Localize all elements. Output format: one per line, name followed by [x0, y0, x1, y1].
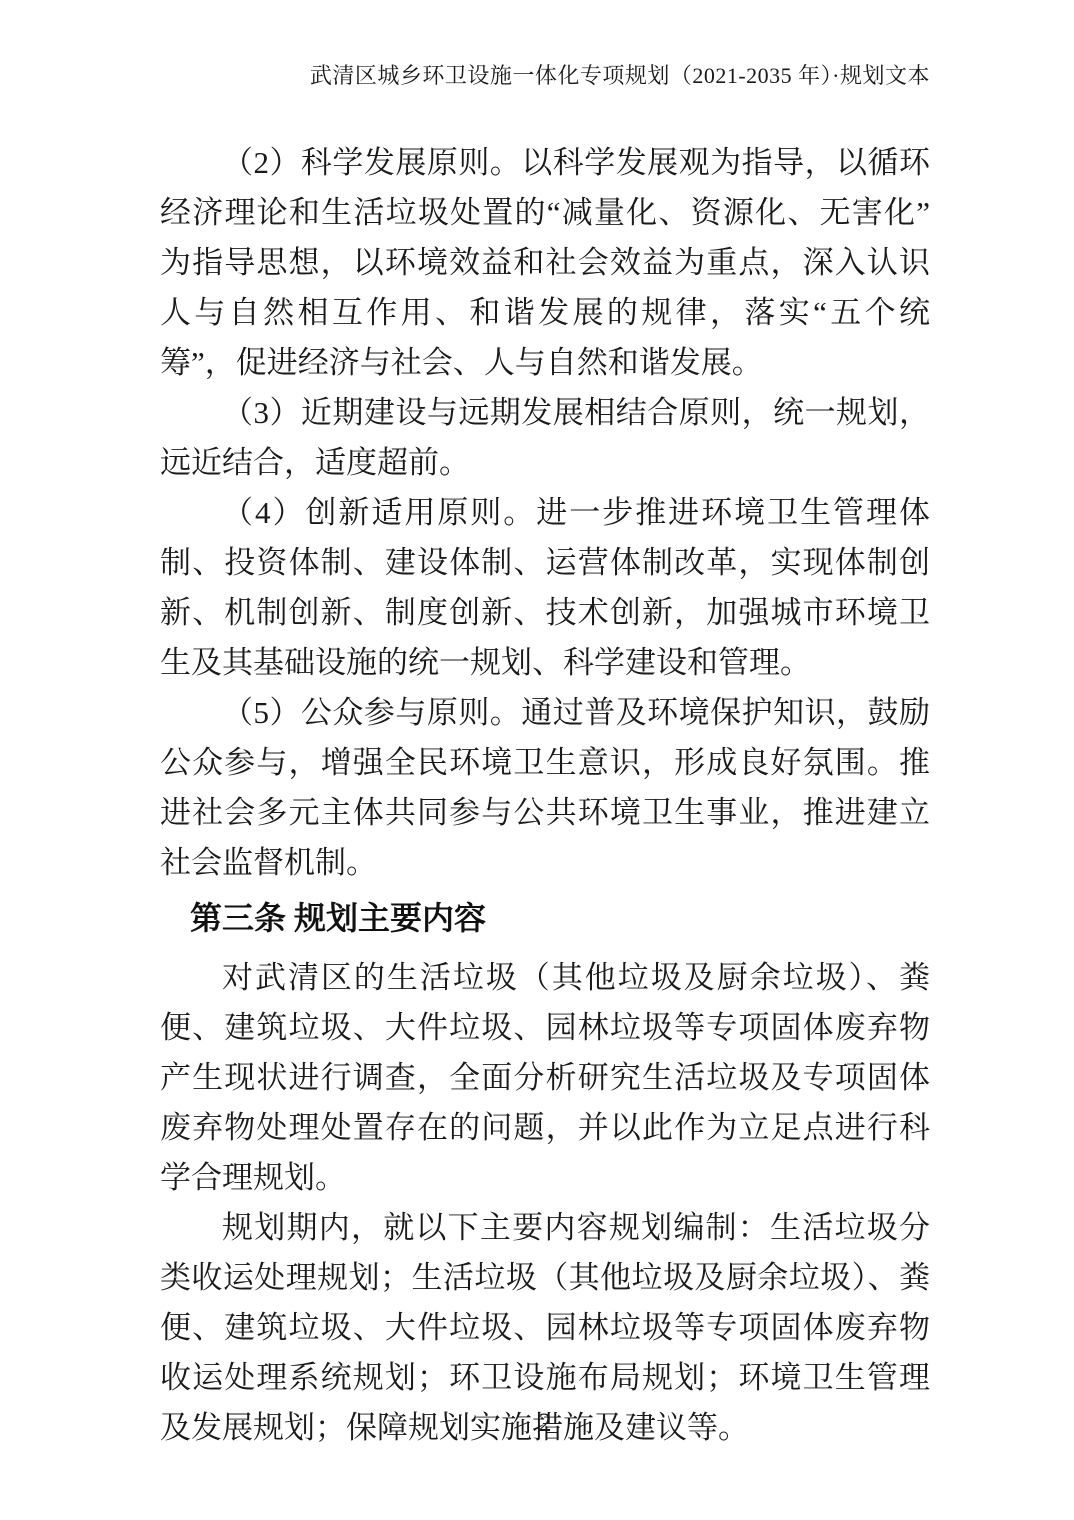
document-page: 武清区城乡环卫设施一体化专项规划（2021-2035 年）·规划文本 （2）科学…	[0, 0, 1074, 1520]
header-title: 武清区城乡环卫设施一体化专项规划（2021-2035 年）·规划文本	[310, 63, 930, 88]
document-content: （2）科学发展原则。以科学发展观为指导，以循环经济理论和生活垃圾处置的“减量化、…	[160, 138, 930, 1453]
paragraph-principle-2: （2）科学发展原则。以科学发展观为指导，以循环经济理论和生活垃圾处置的“减量化、…	[160, 138, 930, 388]
paragraph-principle-5: （5）公众参与原则。通过普及环境保护知识，鼓励公众参与，增强全民环境卫生意识，形…	[160, 688, 930, 888]
paragraph-survey-scope: 对武清区的生活垃圾（其他垃圾及厨余垃圾）、粪便、建筑垃圾、大件垃圾、园林垃圾等专…	[160, 953, 930, 1203]
paragraph-principle-4: （4）创新适用原则。进一步推进环境卫生管理体制、投资体制、建设体制、运营体制改革…	[160, 488, 930, 688]
paragraph-principle-3: （3）近期建设与远期发展相结合原则，统一规划，远近结合，适度超前。	[160, 388, 930, 488]
page-header: 武清区城乡环卫设施一体化专项规划（2021-2035 年）·规划文本	[160, 62, 930, 90]
page-number: 2	[539, 1408, 552, 1437]
section-heading-article-3: 第三条 规划主要内容	[190, 898, 930, 938]
page-footer: 2	[160, 1408, 930, 1438]
